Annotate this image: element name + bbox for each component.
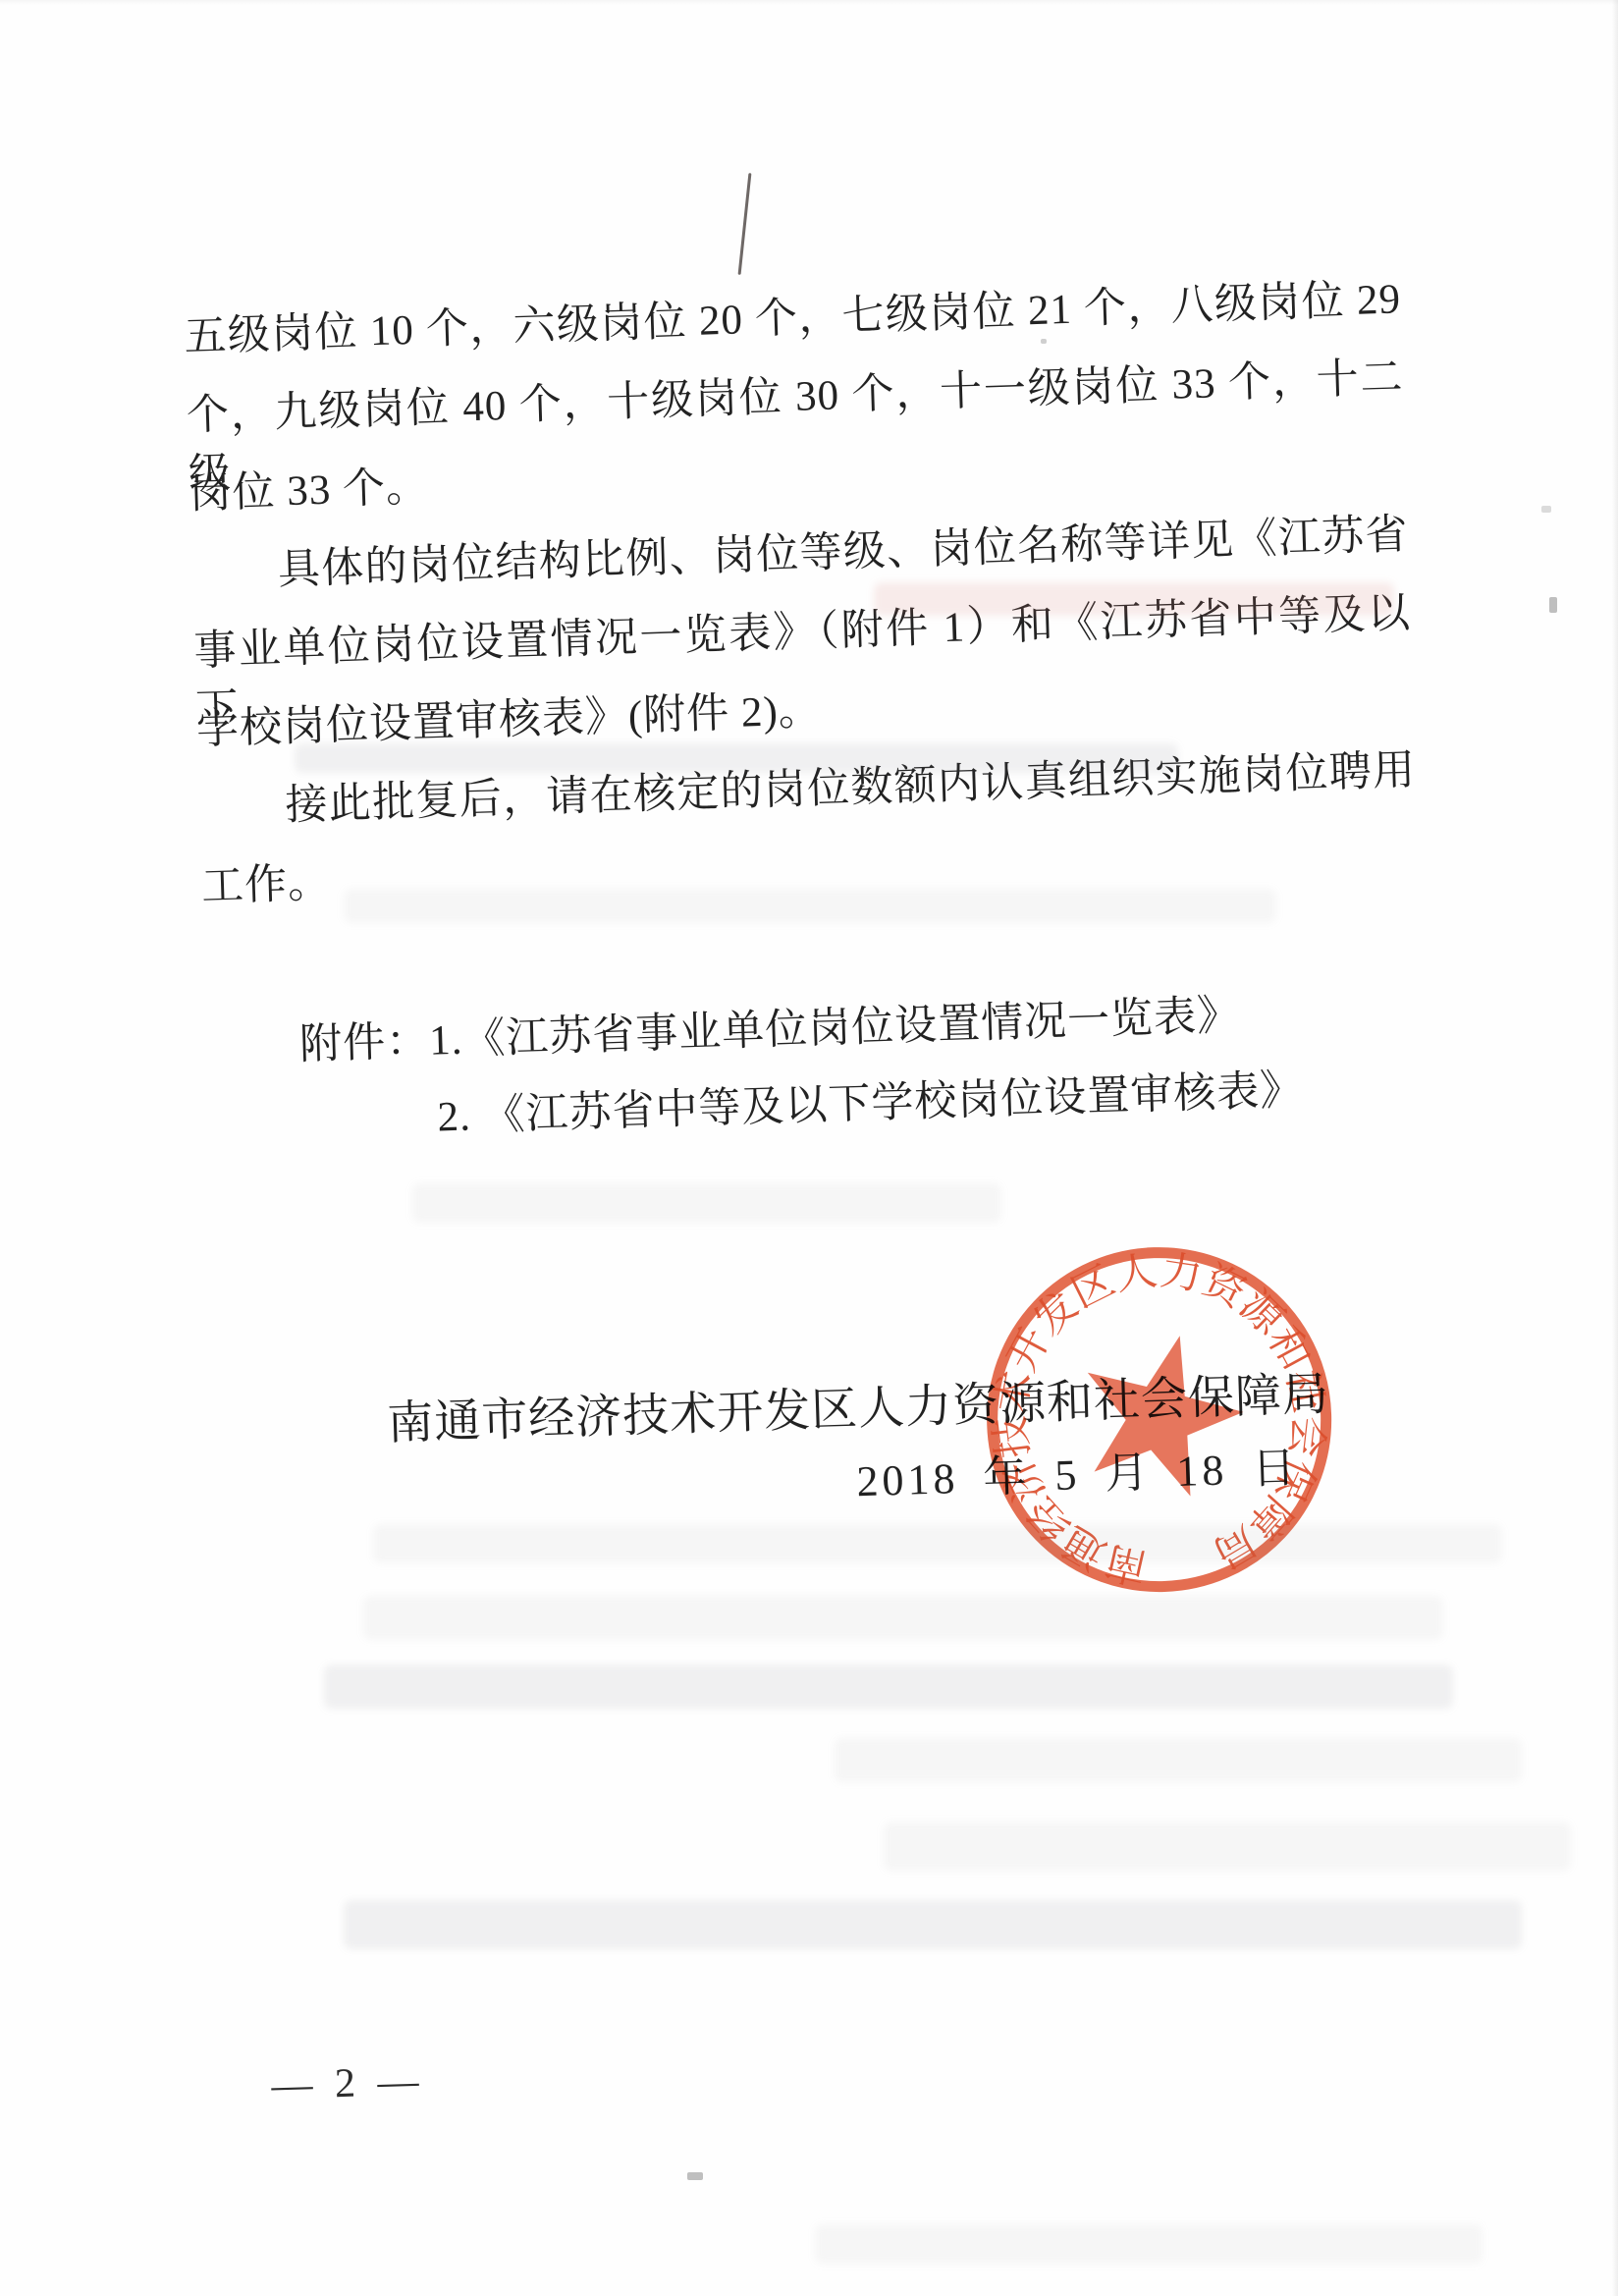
document-content: 五级岗位 10 个，六级岗位 20 个，七级岗位 21 个，八级岗位 29 个，… bbox=[0, 0, 1618, 2296]
body-line-8: 工作。 bbox=[200, 854, 332, 917]
body-line-3: 岗位 33 个。 bbox=[189, 458, 430, 524]
attachment-line-2: 2. 《江苏省中等及以下学校岗位设置审核表》 bbox=[437, 1062, 1304, 1148]
official-seal: 南通经济技术开发区人力资源和社会保障局 bbox=[956, 1217, 1361, 1621]
scan-speck bbox=[687, 2172, 703, 2180]
page-number: — 2 — bbox=[271, 2051, 426, 2115]
body-line-7: 接此批复后，请在核定的岗位数额内认真组织实施岗位聘用 bbox=[198, 741, 1417, 839]
body-line-4: 具体的岗位结构比例、岗位等级、岗位名称等详见《江苏省 bbox=[190, 506, 1409, 603]
seal-star-icon bbox=[1064, 1316, 1258, 1503]
scan-speck bbox=[1041, 339, 1047, 344]
scan-speck bbox=[1549, 597, 1557, 613]
scanned-document-page: 五级岗位 10 个，六级岗位 20 个，七级岗位 21 个，八级岗位 29 个，… bbox=[0, 0, 1618, 2296]
attachment-line-1: 附件：1.《江苏省事业单位岗位设置情况一览表》 bbox=[298, 987, 1241, 1075]
scan-speck bbox=[1541, 506, 1551, 513]
body-line-1: 五级岗位 10 个，六级岗位 20 个，七级岗位 21 个，八级岗位 29 bbox=[184, 270, 1402, 367]
